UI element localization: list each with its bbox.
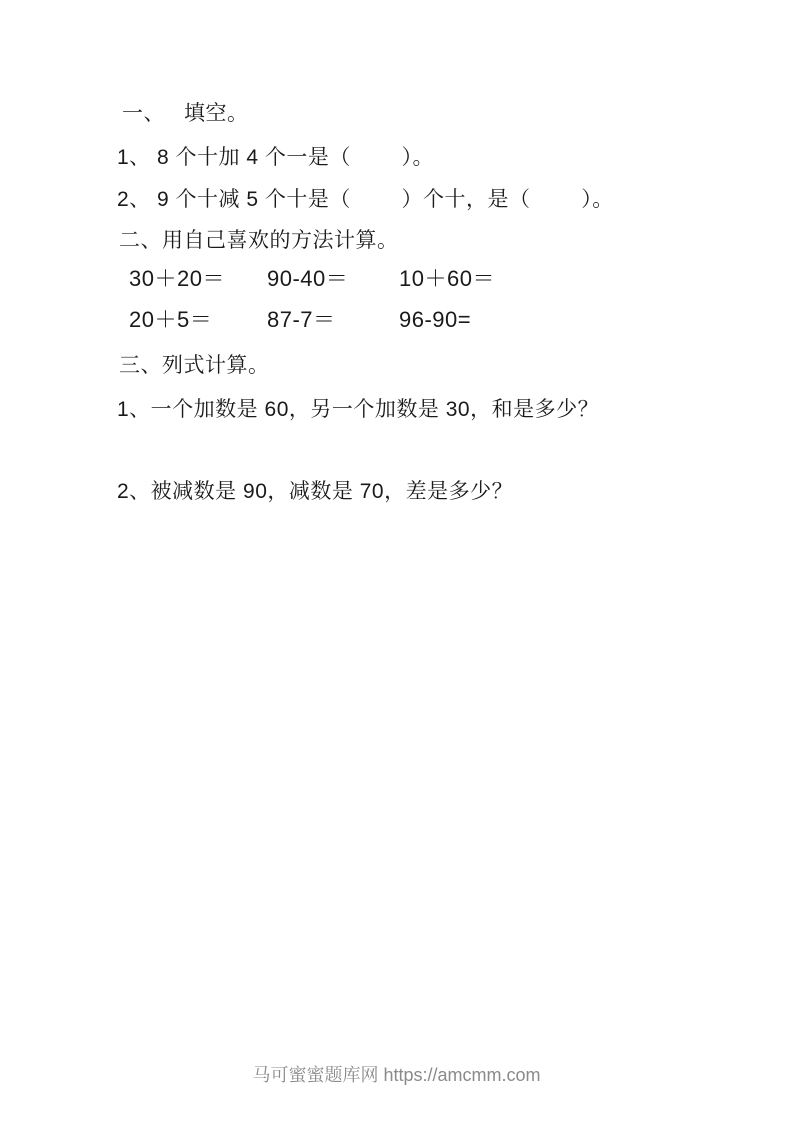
section-3-heading: 三、列式计算。 [119, 354, 270, 378]
section-1-item-2: 2、 9 个十减 5 个十是（ ）个十，是（ ）。 [117, 188, 614, 212]
footer-credit: 马可蜜蜜题库网 https://amcmm.com [0, 1064, 793, 1086]
section-1-heading: 一、 填空。 [122, 102, 249, 126]
section-2-heading: 二、用自己喜欢的方法计算。 [119, 229, 399, 253]
math-problem-2-1: 20＋5＝ [129, 308, 212, 332]
section-3-item-1: 1、一个加数是 60，另一个加数是 30，和是多少？ [117, 398, 599, 422]
worksheet-page: 一、 填空。 1、 8 个十加 4 个一是（ ）。 2、 9 个十减 5 个十是… [0, 0, 793, 1122]
section-3-item-2: 2、被减数是 90，减数是 70，差是多少？ [117, 480, 513, 504]
math-problem-2-2: 87-7＝ [267, 308, 336, 332]
math-problem-2-3: 96-90= [399, 308, 471, 332]
math-problem-1-1: 30＋20＝ [129, 267, 225, 291]
section-1-item-1: 1、 8 个十加 4 个一是（ ）。 [117, 146, 434, 170]
math-problem-1-2: 90-40＝ [267, 267, 348, 291]
math-problem-1-3: 10＋60＝ [399, 267, 495, 291]
